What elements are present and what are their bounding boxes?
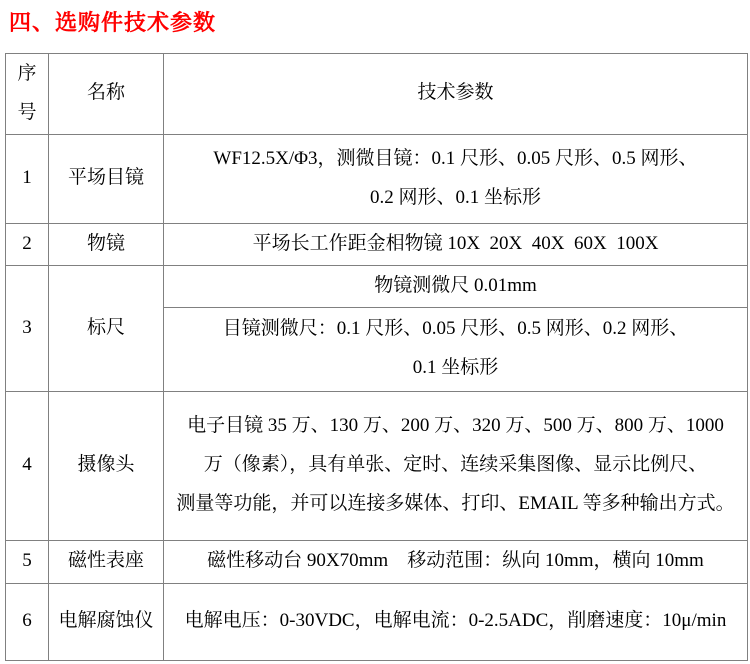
row5-serial: 5 — [6, 540, 49, 583]
row4-name: 摄像头 — [49, 391, 164, 540]
row1-serial: 1 — [6, 134, 49, 223]
table-row-camera: 4 摄像头 电子目镜 35 万、130 万、200 万、320 万、500 万、… — [6, 391, 748, 540]
row5-name: 磁性表座 — [49, 540, 164, 583]
header-serial: 序号 — [6, 54, 49, 135]
row3-name: 标尺 — [49, 265, 164, 391]
table-row-electrolytic-etcher: 6 电解腐蚀仪 电解电压：0-30VDC，电解电流：0-2.5ADC，削磨速度：… — [6, 583, 748, 660]
row3-params-objective-micrometer: 物镜测微尺 0.01mm — [164, 265, 748, 307]
row6-name: 电解腐蚀仪 — [49, 583, 164, 660]
row2-name: 物镜 — [49, 223, 164, 265]
row4-params: 电子目镜 35 万、130 万、200 万、320 万、500 万、800 万、… — [164, 391, 748, 540]
table-row-magnetic-stand: 5 磁性表座 磁性移动台 90X70mm 移动范围：纵向 10mm，横向 10m… — [6, 540, 748, 583]
table-row-ruler-a: 3 标尺 物镜测微尺 0.01mm — [6, 265, 748, 307]
table-header-row: 序号 名称 技术参数 — [6, 54, 748, 135]
row5-params: 磁性移动台 90X70mm 移动范围：纵向 10mm，横向 10mm — [164, 540, 748, 583]
row2-params: 平场长工作距金相物镜 10X 20X 40X 60X 100X — [164, 223, 748, 265]
table-row-objective: 2 物镜 平场长工作距金相物镜 10X 20X 40X 60X 100X — [6, 223, 748, 265]
row3-params-eyepiece-micrometer: 目镜测微尺：0.1 尺形、0.05 尺形、0.5 网形、0.2 网形、 0.1 … — [164, 307, 748, 391]
row6-params: 电解电压：0-30VDC，电解电流：0-2.5ADC，削磨速度：10μ/min — [164, 583, 748, 660]
row3-serial: 3 — [6, 265, 49, 391]
page-title: 四、选购件技术参数 — [9, 10, 750, 36]
row6-serial: 6 — [6, 583, 49, 660]
row2-serial: 2 — [6, 223, 49, 265]
optional-parts-spec-table: 序号 名称 技术参数 1 平场目镜 WF12.5X/Φ3，测微目镜：0.1 尺形… — [5, 53, 748, 661]
row1-name: 平场目镜 — [49, 134, 164, 223]
header-params: 技术参数 — [164, 54, 748, 135]
row1-params: WF12.5X/Φ3，测微目镜：0.1 尺形、0.05 尺形、0.5 网形、 0… — [164, 134, 748, 223]
row4-serial: 4 — [6, 391, 49, 540]
header-name: 名称 — [49, 54, 164, 135]
table-row-eyepiece: 1 平场目镜 WF12.5X/Φ3，测微目镜：0.1 尺形、0.05 尺形、0.… — [6, 134, 748, 223]
